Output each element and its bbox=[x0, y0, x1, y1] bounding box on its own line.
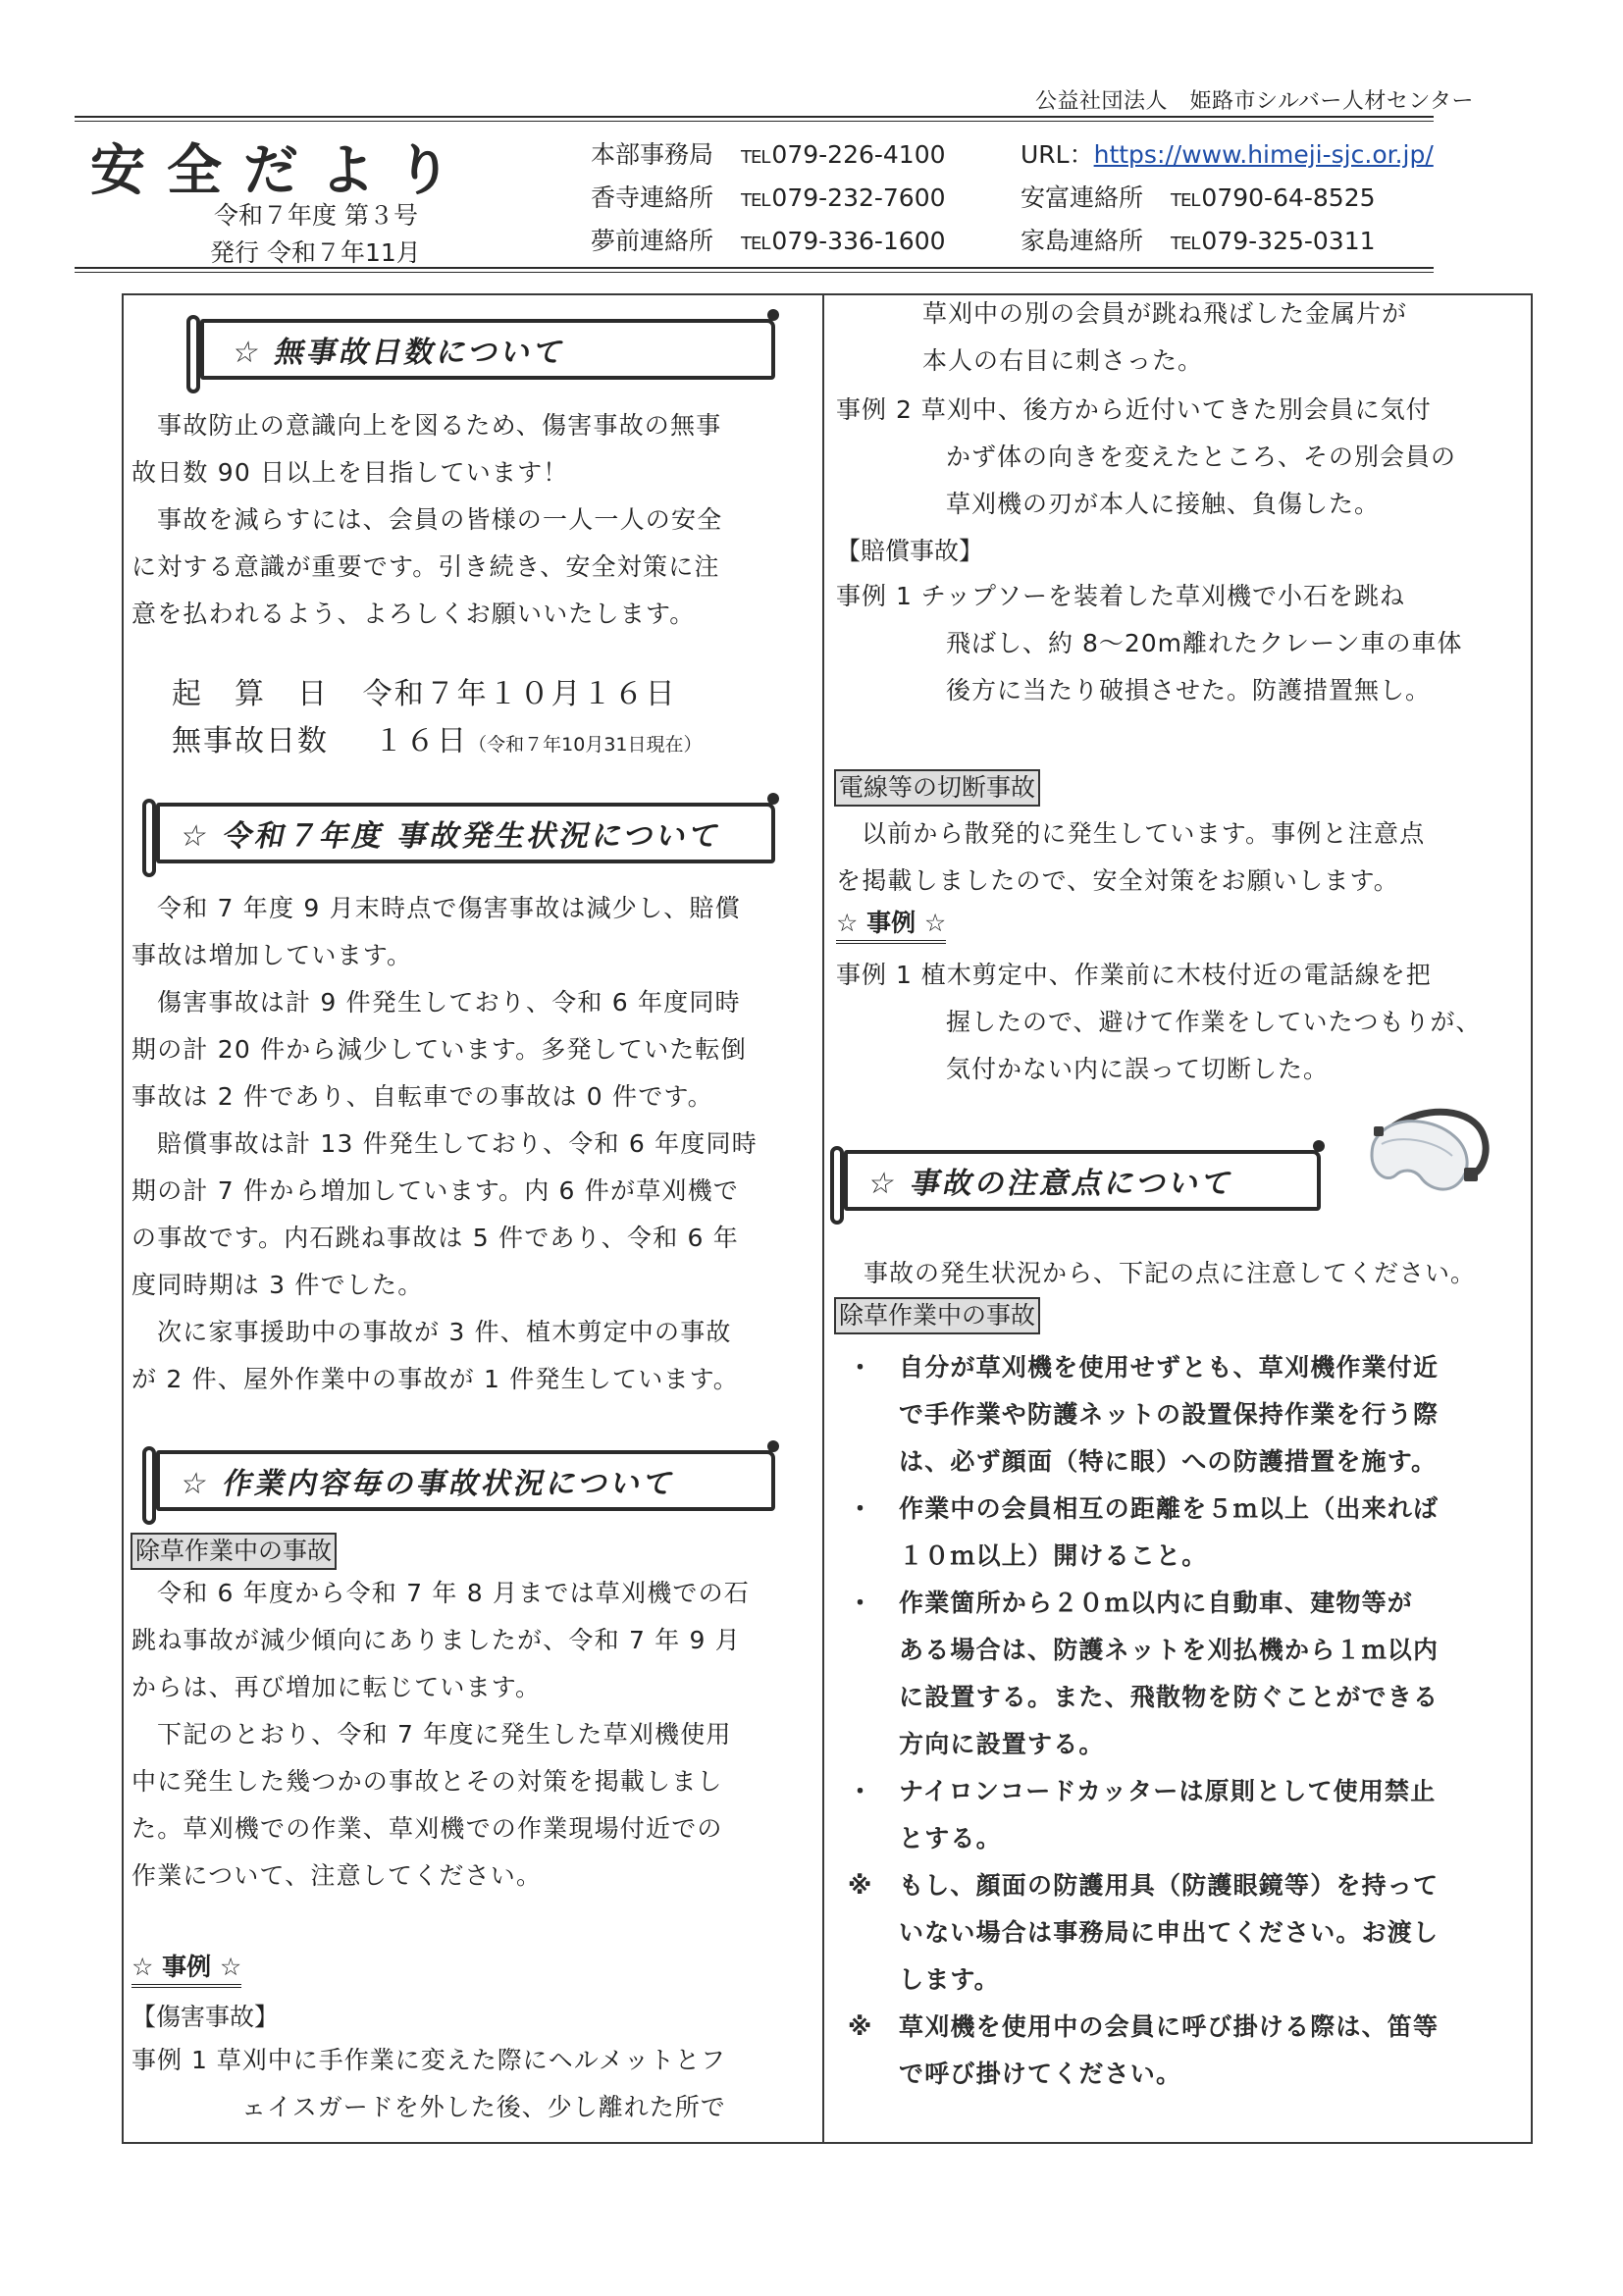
caution-item: ・ 作業中の会員相互の距離を５ｍ以上（出来れば １０ｍ以上）開けること。 bbox=[842, 1486, 1519, 1580]
weeding-caution-label: 除草作業中の事故 bbox=[834, 1297, 1040, 1334]
newsletter-title: 安全だより bbox=[90, 128, 473, 206]
wire-section-paragraph: 以前から散発的に発生しています。事例と注意点 を掲載しましたので、安全対策をお願… bbox=[836, 810, 1523, 905]
weeding-accident-label: 除草作業中の事故 bbox=[131, 1533, 337, 1570]
injury-accident-heading: 【傷害事故】 bbox=[131, 1998, 279, 2033]
section-banner-no-accident-days: ☆ 無事故日数について bbox=[186, 319, 775, 380]
section-banner-caution-points: ☆ 事故の注意点について bbox=[830, 1150, 1321, 1211]
website: URL：https://www.himeji-sjc.or.jp/ bbox=[1021, 135, 1434, 171]
tel-number: 079-336-1600 bbox=[771, 227, 945, 255]
office-ieshima: 家島連絡所TEL079-325-0311 bbox=[1021, 222, 1376, 257]
office-kodera: 香寺連絡所TEL079-232-7600 bbox=[591, 179, 946, 214]
caution-item: ・ 作業箇所から２０ｍ以内に自動車、建物等が ある場合は、防護ネットを刈払機から… bbox=[842, 1580, 1519, 1768]
accident-free-days: 無事故日数 １６日（令和７年10月31日現在） bbox=[172, 716, 703, 759]
wire-examples-heading: ☆ 事例 ☆ bbox=[836, 907, 946, 944]
section-heading: ☆ 事故の注意点について bbox=[864, 1159, 1315, 1202]
section-banner-accident-status: ☆ 令和７年度 事故発生状況について bbox=[142, 803, 775, 863]
liability-case-1: 事例 1 チップソーを装着した草刈機で小石を跳ね 飛ばし、約 8～20m離れたク… bbox=[836, 573, 1523, 714]
section-banner-work-type-status: ☆ 作業内容毎の事故状況について bbox=[142, 1450, 775, 1511]
bullet-marker: ・ bbox=[848, 1580, 873, 1627]
caution-intro: 事故の発生状況から、下記の点に注意してください。 bbox=[864, 1254, 1476, 1289]
organization-name: 公益社団法人 姫路市シルバー人材センター bbox=[1035, 84, 1474, 115]
injury-case-1: 事例 1 草刈中に手作業に変えた際にヘルメットとフ ェイスガードを外した後、少し… bbox=[131, 2037, 818, 2131]
days-note: （令和７年10月31日現在） bbox=[468, 734, 702, 756]
note-marker: ※ bbox=[848, 2004, 873, 2051]
days-label: 無事故日数 bbox=[172, 724, 329, 758]
column-divider bbox=[822, 293, 824, 2144]
injury-case-1-continued: 草刈中の別の会員が跳ね飛ばした金属片が 本人の右目に刺さった。 bbox=[840, 290, 1527, 385]
caution-note: ※ 草刈機を使用中の会員に呼び掛ける際は、笛等 で呼び掛けてください。 bbox=[842, 2004, 1519, 2098]
caution-list: ・ 自分が草刈機を使用せずとも、草刈機作業付近 で手作業や防護ネットの設置保持作… bbox=[842, 1344, 1519, 2098]
section-heading: ☆ 無事故日数について bbox=[229, 328, 769, 371]
section-heading: ☆ 令和７年度 事故発生状況について bbox=[177, 811, 769, 855]
injury-case-2: 事例 2 草刈中、後方から近付いてきた別会員に気付 かず体の向きを変えたところ、… bbox=[836, 387, 1523, 528]
section-heading: ☆ 作業内容毎の事故状況について bbox=[177, 1459, 769, 1502]
bullet-marker: ・ bbox=[848, 1768, 873, 1815]
section3-paragraph: 令和 6 年度から令和 7 年 8 月までは草刈機での石 跳ね事故が減少傾向にあ… bbox=[131, 1570, 818, 1900]
note-marker: ※ bbox=[848, 1862, 873, 1909]
liability-accident-heading: 【賠償事故】 bbox=[836, 532, 983, 567]
caution-note: ※ もし、顔面の防護用具（防護眼鏡等）を持って いない場合は事務局に申出てくださ… bbox=[842, 1862, 1519, 2004]
bullet-marker: ・ bbox=[848, 1344, 873, 1391]
section1-paragraph: 事故防止の意識向上を図るため、傷害事故の無事 故日数 90 日以上を目指していま… bbox=[131, 402, 818, 638]
tel-number: 0790-64-8525 bbox=[1201, 183, 1375, 212]
caution-item: ・ ナイロンコードカッターは原則として使用禁止 とする。 bbox=[842, 1768, 1519, 1862]
section2-paragraph: 令和 7 年度 9 月末時点で傷害事故は減少し、賠償 事故は増加しています。 傷… bbox=[131, 885, 818, 1403]
tel-number: 079-325-0311 bbox=[1201, 227, 1375, 255]
website-link[interactable]: https://www.himeji-sjc.or.jp/ bbox=[1094, 140, 1434, 169]
examples-heading: ☆ 事例 ☆ bbox=[131, 1951, 241, 1988]
start-date: 起 算 日 令和７年１０月１６日 bbox=[172, 669, 677, 712]
office-yasutomi: 安富連絡所TEL0790-64-8525 bbox=[1021, 179, 1376, 214]
wire-cut-accident-label: 電線等の切断事故 bbox=[834, 769, 1040, 807]
caution-item: ・ 自分が草刈機を使用せずとも、草刈機作業付近 で手作業や防護ネットの設置保持作… bbox=[842, 1344, 1519, 1486]
safety-goggles-icon bbox=[1366, 1107, 1503, 1205]
office-honbu: 本部事務局TEL079-226-4100 bbox=[591, 135, 946, 171]
publish-date: 発行 令和７年11月 bbox=[210, 234, 421, 269]
issue-number: 令和７年度 第３号 bbox=[214, 196, 418, 232]
wire-case-1: 事例 1 植木剪定中、作業前に木枝付近の電話線を把 握したので、避けて作業をして… bbox=[836, 952, 1523, 1093]
bullet-marker: ・ bbox=[848, 1486, 873, 1533]
days-value: １６日 bbox=[374, 724, 468, 758]
header-top-rule bbox=[75, 116, 1434, 122]
office-yumesaki: 夢前連絡所TEL079-336-1600 bbox=[591, 222, 946, 257]
tel-number: 079-226-4100 bbox=[771, 140, 945, 169]
header-bottom-rule bbox=[75, 267, 1434, 273]
start-date-label: 起 算 日 bbox=[172, 677, 329, 711]
start-date-value: 令和７年１０月１６日 bbox=[363, 677, 677, 711]
tel-number: 079-232-7600 bbox=[771, 183, 945, 212]
